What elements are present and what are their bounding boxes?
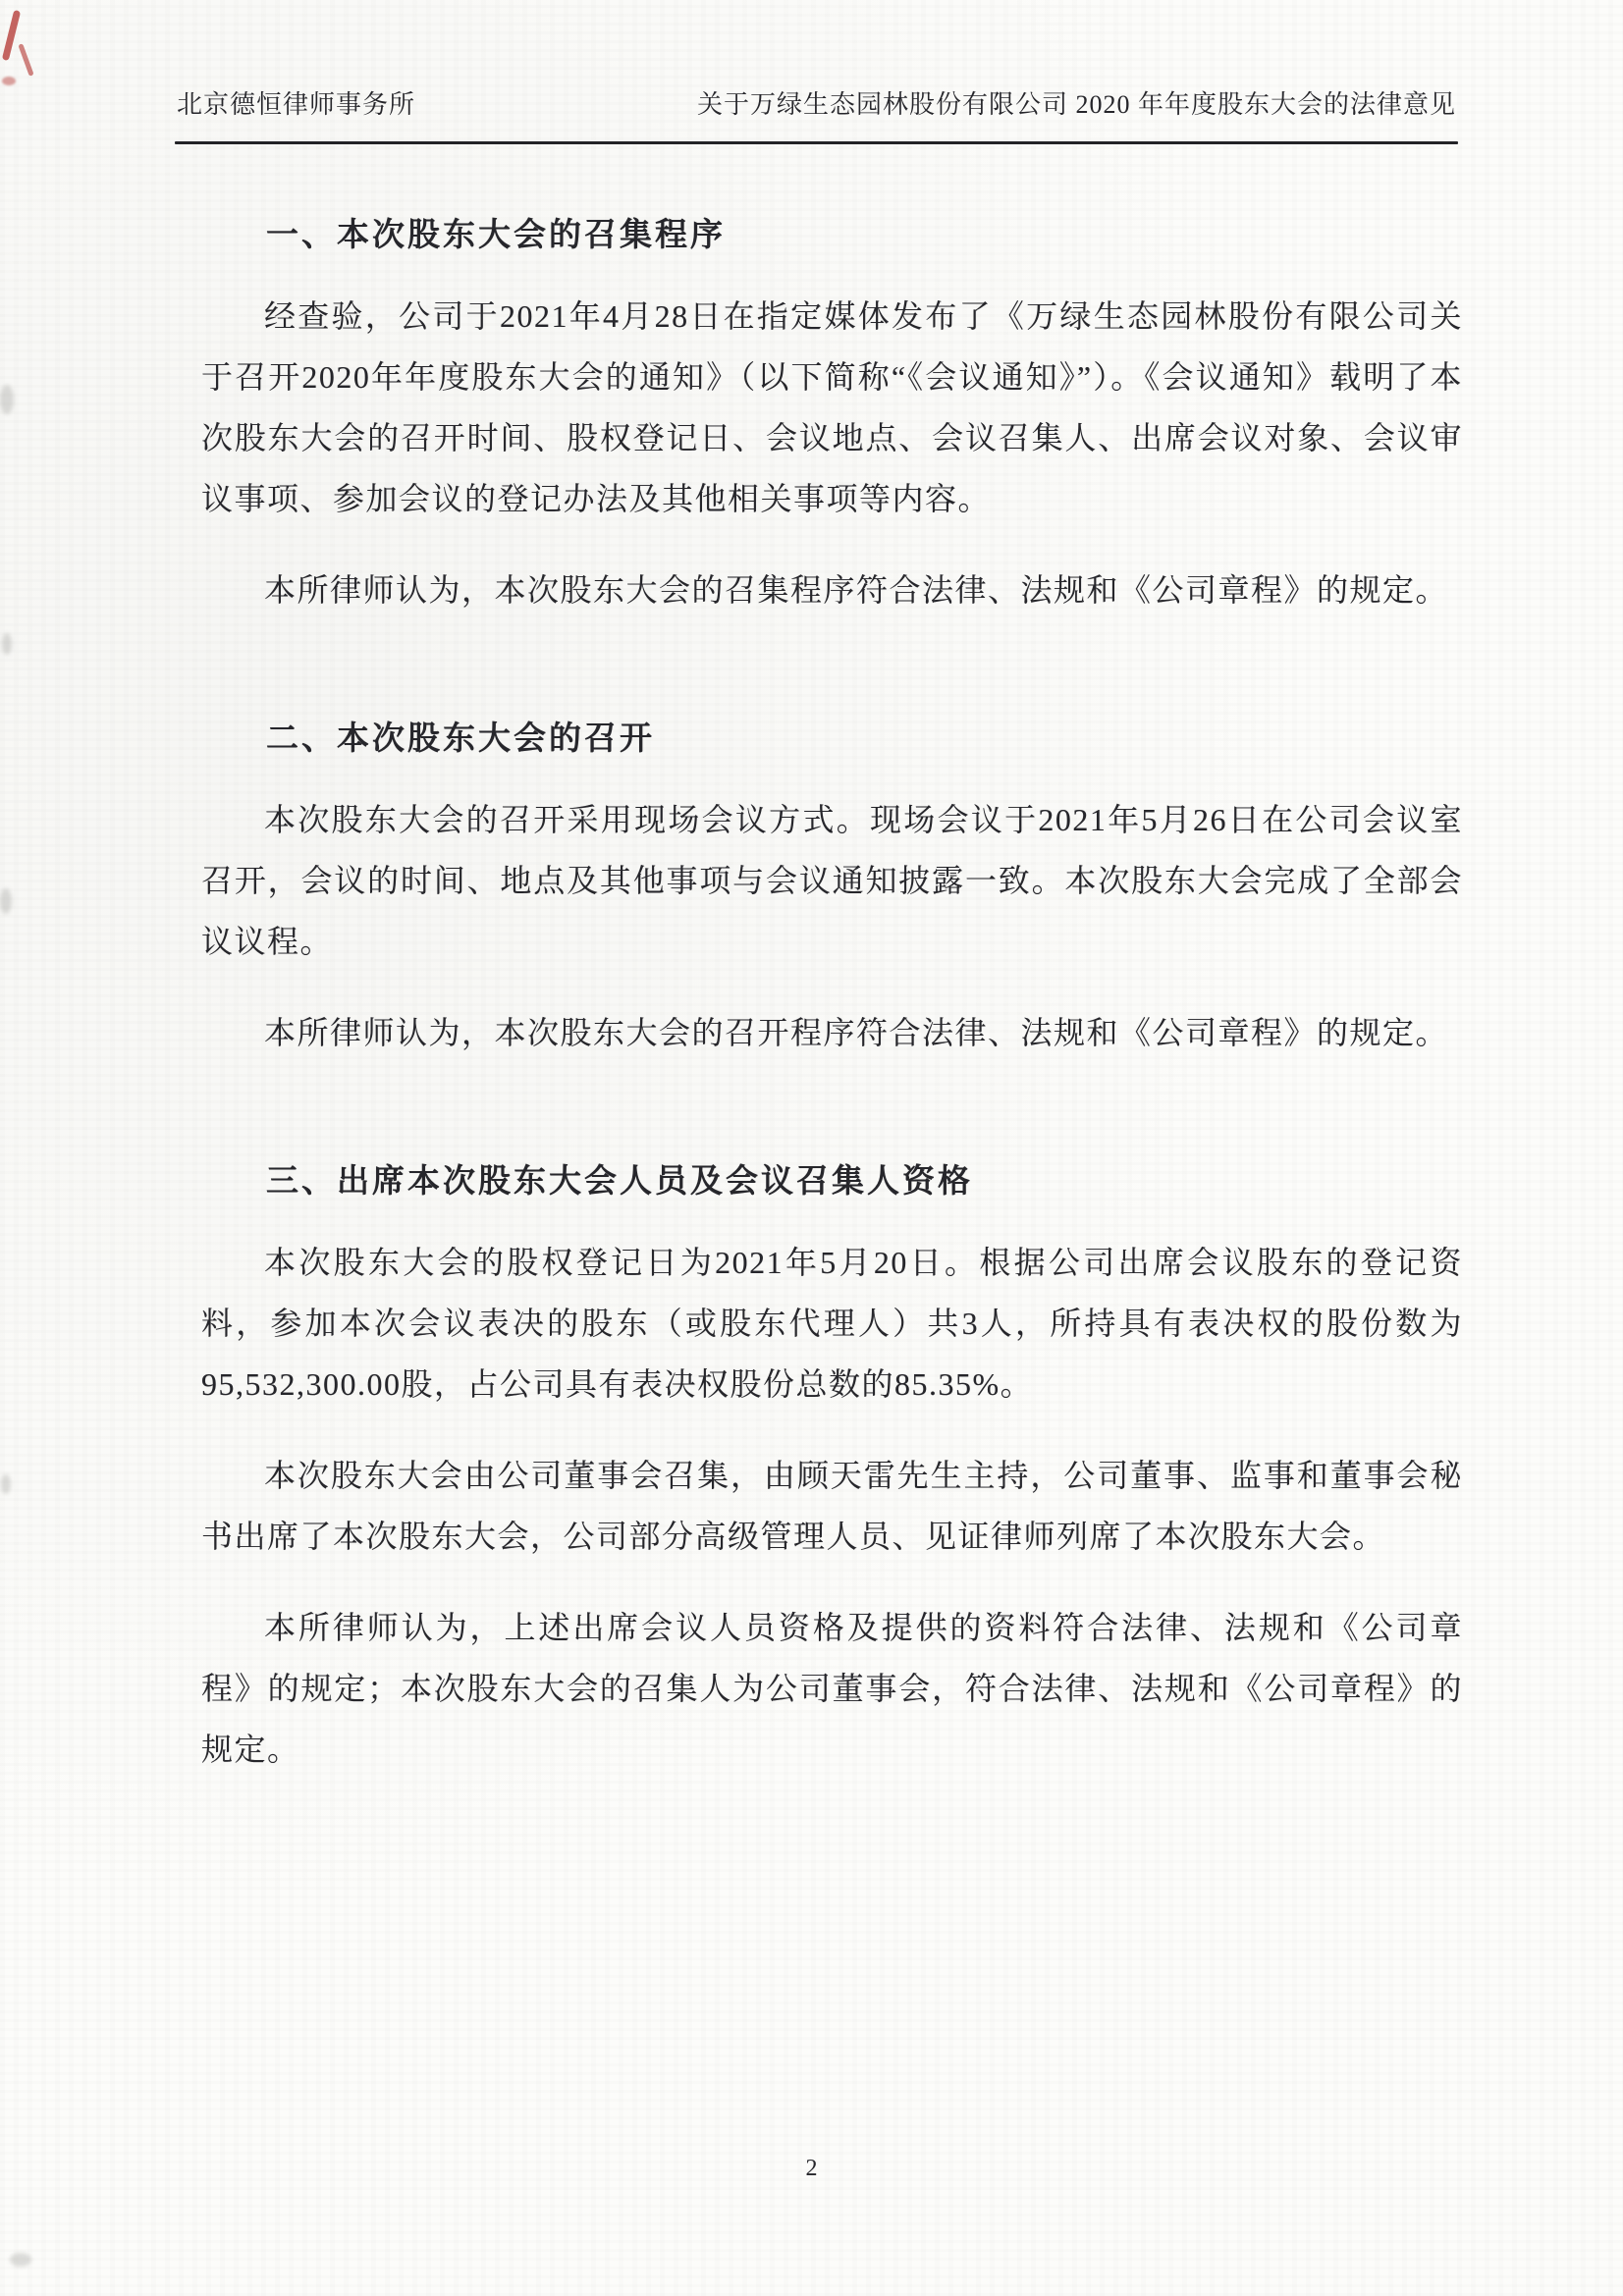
law-firm-name: 北京德恒律师事务所 xyxy=(177,84,415,121)
scan-smudge xyxy=(10,2253,31,2267)
paragraph: 本次股东大会的召开采用现场会议方式。现场会议于2021年5月26日在公司会议室召… xyxy=(201,789,1463,972)
document-title: 关于万绿生态园林股份有限公司 2020 年年度股东大会的法律意见 xyxy=(697,84,1456,121)
section-heading: 一、本次股东大会的召集程序 xyxy=(201,211,1463,260)
header-divider-rule xyxy=(175,141,1458,144)
document-body: 一、本次股东大会的召集程序 经查验，公司于2021年4月28日在指定媒体发布了《… xyxy=(201,182,1463,1810)
section-meeting-held: 二、本次股东大会的召开 本次股东大会的召开采用现场会议方式。现场会议于2021年… xyxy=(201,715,1463,1063)
section-attendees-qualification: 三、出席本次股东大会人员及会议召集人资格 本次股东大会的股权登记日为2021年5… xyxy=(201,1157,1463,1780)
paragraph: 本所律师认为，本次股东大会的召开程序符合法律、法规和《公司章程》的规定。 xyxy=(201,1002,1463,1063)
red-pen-scan-artifact xyxy=(2,10,21,61)
section-heading: 三、出席本次股东大会人员及会议召集人资格 xyxy=(201,1157,1463,1206)
scan-smudge xyxy=(2,633,12,655)
page-number: 2 xyxy=(0,2156,1623,2182)
page-header: 北京德恒律师事务所 关于万绿生态园林股份有限公司 2020 年年度股东大会的法律… xyxy=(177,84,1456,121)
section-convening-procedure: 一、本次股东大会的召集程序 经查验，公司于2021年4月28日在指定媒体发布了《… xyxy=(201,211,1463,620)
paragraph: 本次股东大会由公司董事会召集，由顾天雷先生主持，公司董事、监事和董事会秘书出席了… xyxy=(201,1445,1463,1567)
scan-smudge xyxy=(0,888,12,914)
paragraph: 本次股东大会的股权登记日为2021年5月20日。根据公司出席会议股东的登记资料，… xyxy=(201,1232,1463,1415)
paragraph: 本所律师认为，本次股东大会的召集程序符合法律、法规和《公司章程》的规定。 xyxy=(201,560,1463,620)
paragraph: 本所律师认为，上述出席会议人员资格及提供的资料符合法律、法规和《公司章程》的规定… xyxy=(201,1597,1463,1780)
red-pen-scan-artifact xyxy=(18,43,33,77)
scanned-document-page: 北京德恒律师事务所 关于万绿生态园林股份有限公司 2020 年年度股东大会的法律… xyxy=(0,0,1623,2296)
scan-smudge xyxy=(0,385,14,414)
section-heading: 二、本次股东大会的召开 xyxy=(201,715,1463,764)
scan-smudge xyxy=(1,1474,11,1494)
paragraph: 经查验，公司于2021年4月28日在指定媒体发布了《万绿生态园林股份有限公司关于… xyxy=(201,286,1463,529)
red-pen-scan-artifact xyxy=(2,77,16,85)
